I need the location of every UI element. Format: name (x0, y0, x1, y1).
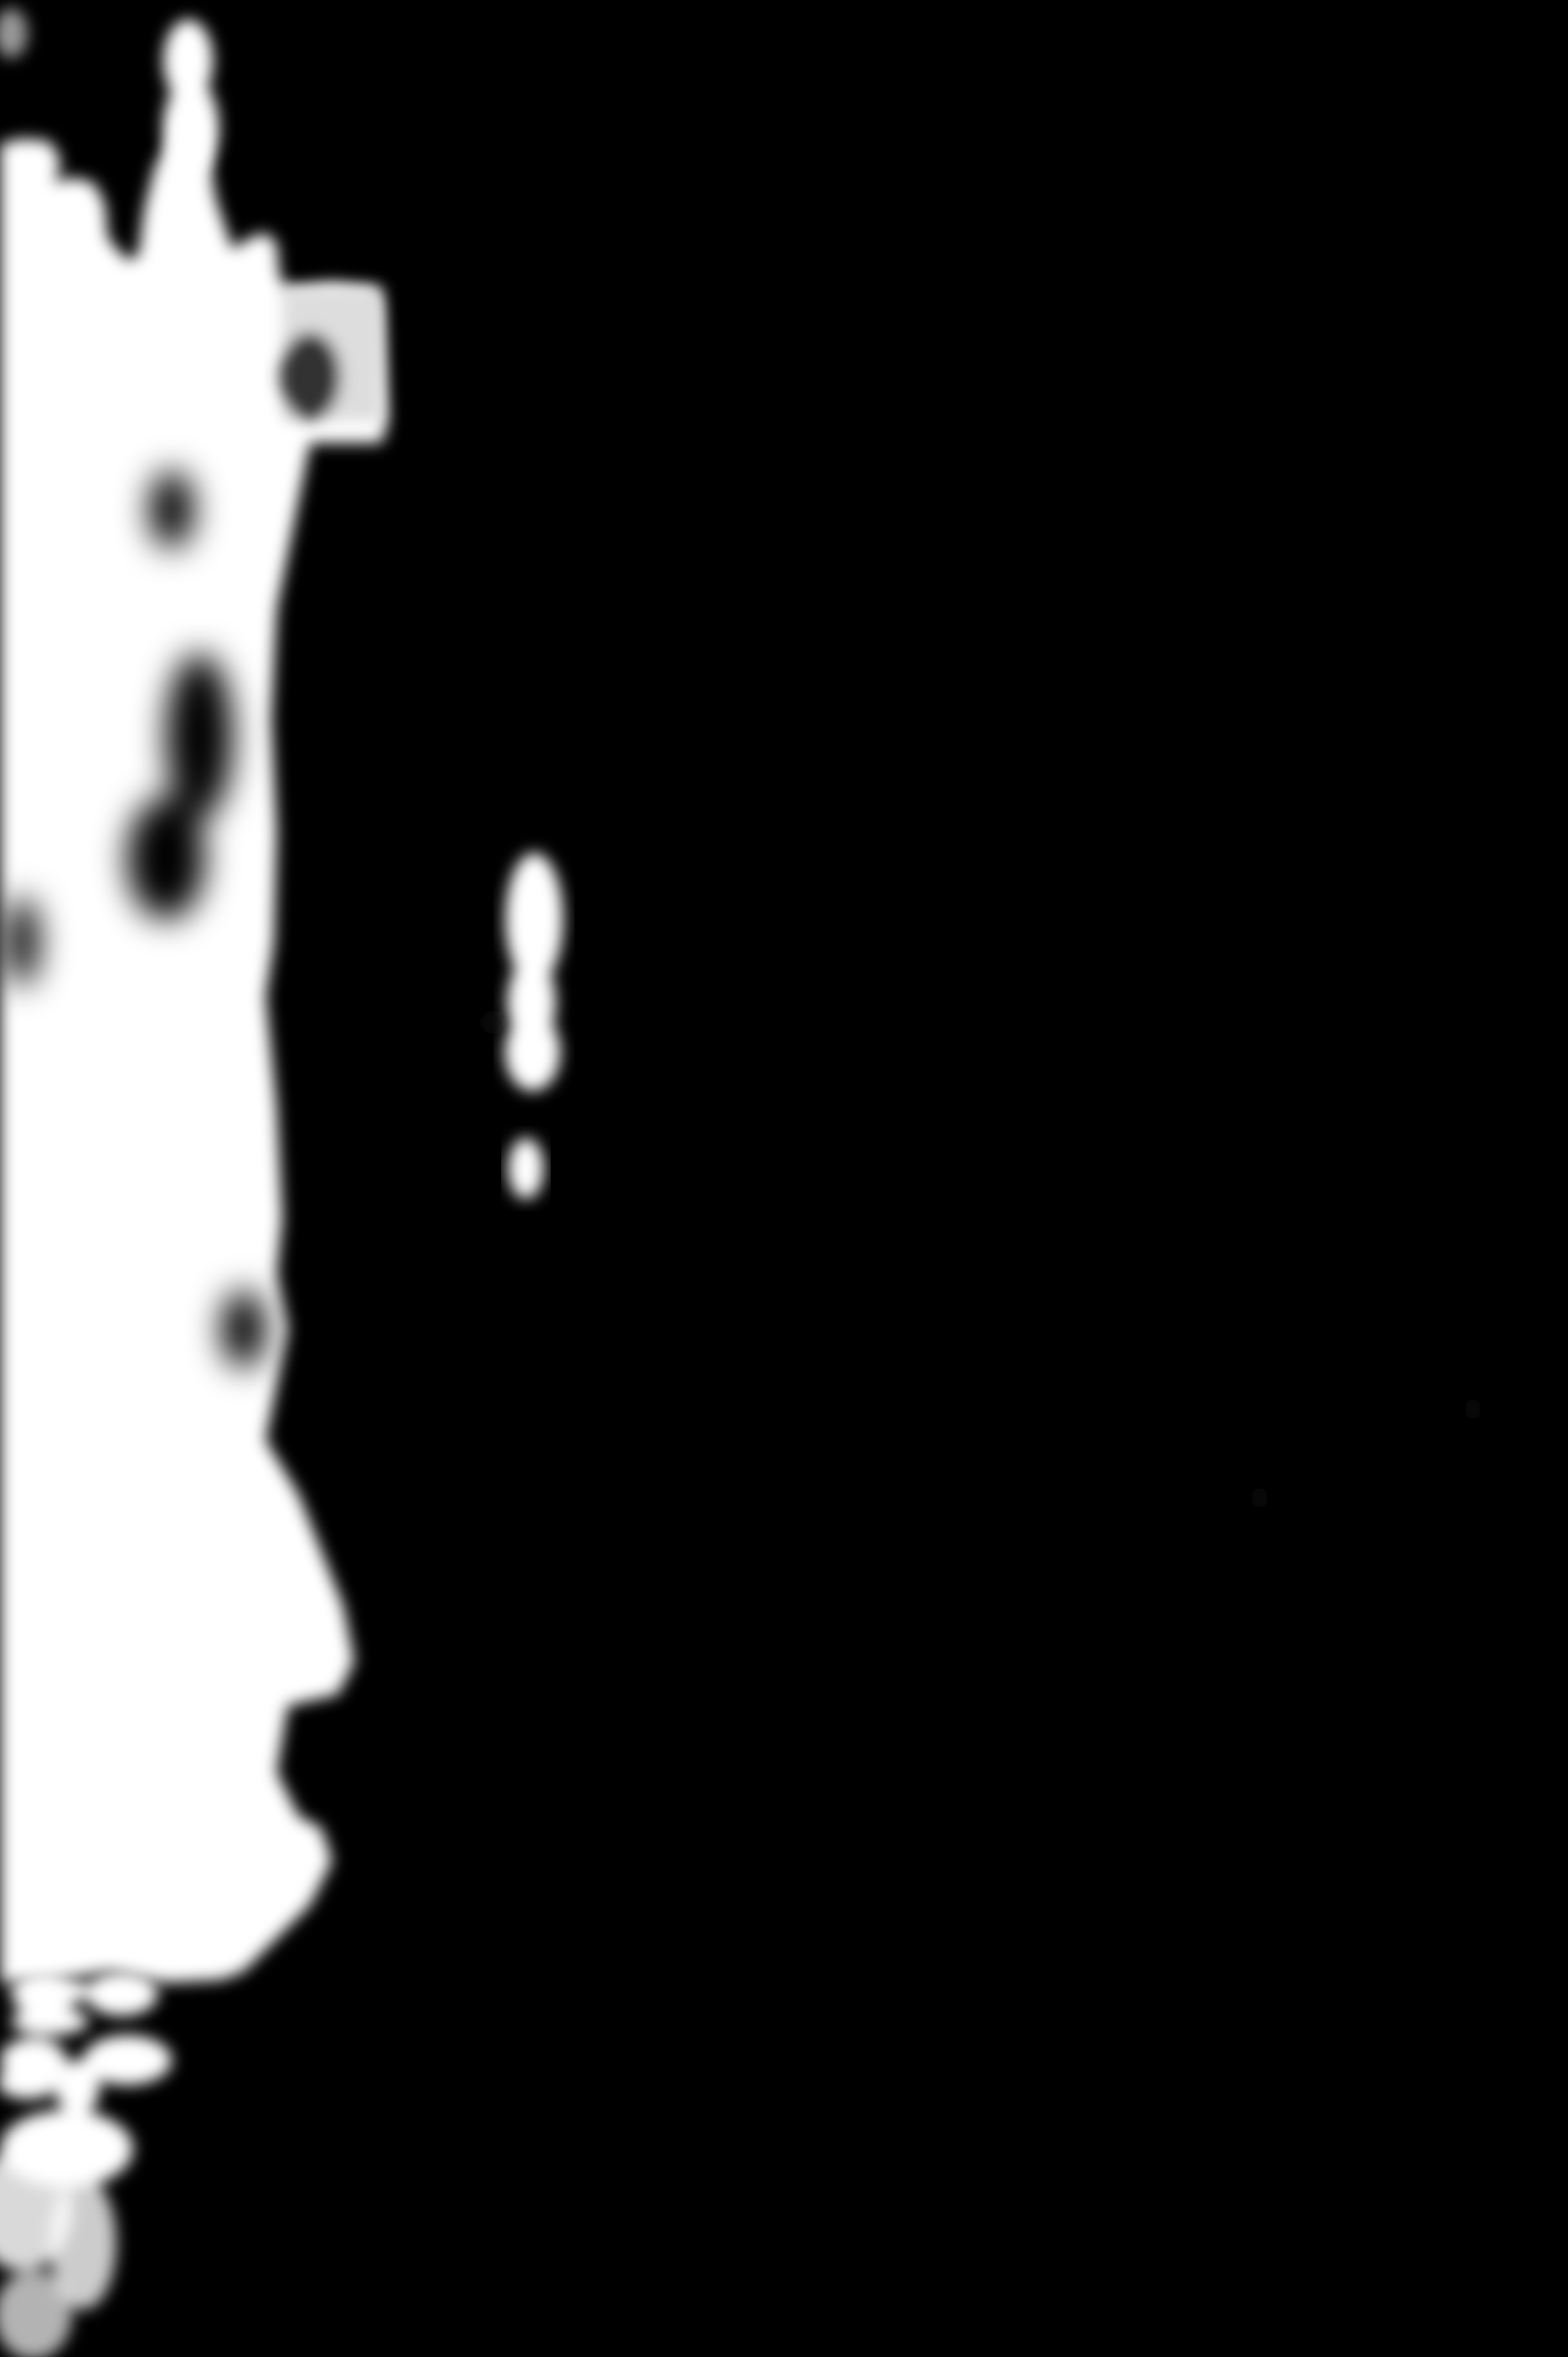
upper-right-tile-patch (280, 288, 382, 421)
segmentation-mask (0, 0, 1568, 2357)
center-small-blob (508, 1138, 544, 1199)
